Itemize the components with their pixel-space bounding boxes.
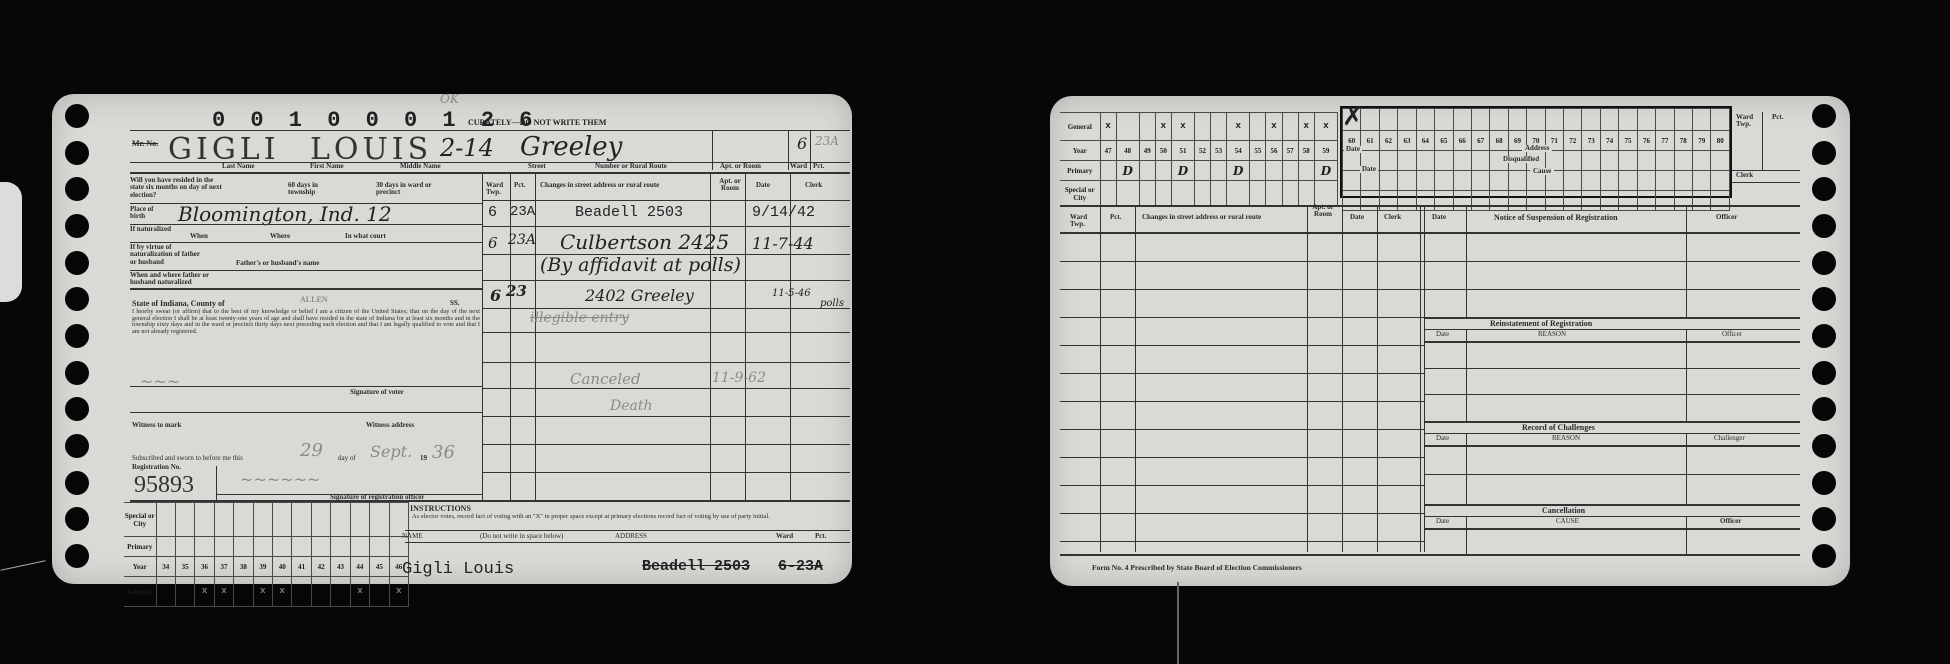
back-primary-mark — [1298, 161, 1314, 181]
back-year-cell: 47 — [1100, 141, 1116, 161]
change-row-4-pct: 23 — [506, 282, 527, 300]
back-primary-mark — [1282, 161, 1298, 181]
change-row-6-address: Canceled — [570, 370, 641, 388]
scan-artifact — [1177, 582, 1179, 664]
year-cell: 38 — [234, 557, 253, 577]
back-future-year: 75 — [1619, 131, 1637, 151]
year-cell: 37 — [214, 557, 233, 577]
reinstatement-header-officer: Officer — [1722, 331, 1742, 338]
scan-artifact — [0, 560, 45, 571]
back-year-cell: 57 — [1282, 141, 1298, 161]
year-cell: 35 — [175, 557, 194, 577]
back-primary-mark — [1100, 161, 1116, 181]
back-general-mark — [1282, 113, 1298, 141]
back-disqualified-label: Disqualified — [1500, 156, 1542, 163]
grid-label-primary: Primary — [124, 537, 156, 557]
back-general-mark — [1139, 113, 1155, 141]
instructions-no-write: (Do not write in space below) — [480, 533, 563, 540]
general-mark-cell — [234, 577, 253, 607]
witness-address-label: Witness address — [366, 422, 414, 429]
change-row-1-date: 9/14/42 — [752, 204, 815, 221]
punch-holes-right — [1812, 104, 1836, 568]
back-general-mark: X — [1155, 113, 1171, 141]
change-row-1-ward: 6 — [488, 204, 497, 221]
back-year-cell: 49 — [1139, 141, 1155, 161]
changes-header-clerk: Clerk — [805, 182, 822, 189]
back-general-mark — [1194, 113, 1210, 141]
challenges-header-reason: REASON — [1552, 435, 1580, 442]
back-primary-mark: D — [1314, 161, 1337, 181]
back-grid-label-year: Year — [1060, 141, 1100, 161]
general-mark-cell — [311, 577, 330, 607]
back-general-mark: X — [1314, 113, 1337, 141]
back-future-year: 67 — [1471, 131, 1489, 151]
year-cell: 43 — [331, 557, 350, 577]
footer-voter-address: Beadell 2503 — [642, 558, 750, 575]
back-year-cell: 56 — [1266, 141, 1282, 161]
back-year-cell: 50 — [1155, 141, 1171, 161]
street-value: Greeley — [520, 132, 622, 162]
challenges-header-challenger: Challenger — [1714, 435, 1745, 442]
general-mark-cell: X — [214, 577, 233, 607]
sworn-text: Subscribed and sworn to before me this — [132, 455, 243, 462]
back-address-label: Address — [1522, 145, 1552, 152]
ward-label: Ward — [790, 163, 807, 170]
changes-header-ward: Ward Twp. — [486, 182, 508, 197]
reinstatement-header-reason: REASON — [1538, 331, 1566, 338]
back-future-year: 79 — [1693, 131, 1711, 151]
residency-question-township: 60 days in township — [288, 182, 338, 197]
back-pct-label: Pct. — [1772, 114, 1783, 121]
back-grid-label-primary: Primary — [1060, 161, 1100, 181]
back-general-mark: X — [1100, 113, 1116, 141]
sworn-year: 36 — [432, 442, 455, 463]
challenges-title: Record of Challenges — [1522, 424, 1595, 432]
suspension-header-date: Date — [1432, 214, 1446, 221]
naturalized-court-label: In what court — [345, 233, 386, 240]
back-future-year: 74 — [1600, 131, 1618, 151]
naturalized-label: If naturalized — [130, 226, 171, 233]
back-changes-header-pct: Pct. — [1110, 214, 1121, 221]
suspension-header-notice: Notice of Suspension of Registration — [1494, 214, 1618, 222]
back-primary-mark: D — [1116, 161, 1139, 181]
back-grid-label-general: General — [1060, 113, 1100, 141]
reinstatement-title: Reinstatement of Registration — [1490, 320, 1592, 328]
back-clerk-label: Clerk — [1736, 172, 1753, 179]
change-row-5-address: illegible entry — [530, 310, 629, 326]
back-general-mark — [1116, 113, 1139, 141]
general-mark-cell — [370, 577, 389, 607]
back-year-cell: 53 — [1211, 141, 1227, 161]
year-cell: 34 — [156, 557, 175, 577]
back-changes-header-date: Date — [1350, 214, 1364, 221]
change-row-4-address: 2402 Greeley — [585, 286, 694, 305]
changes-header-apt: Apt. or Room — [717, 178, 743, 193]
change-row-1-address: Beadell 2503 — [575, 204, 683, 221]
back-year-cell: 58 — [1298, 141, 1314, 161]
punch-holes-left — [65, 104, 89, 568]
general-mark-cell: X — [195, 577, 214, 607]
year-prefix: 19 — [420, 455, 427, 462]
back-changes-header-ward: Ward Twp. — [1070, 214, 1092, 229]
back-general-mark: X — [1298, 113, 1314, 141]
grid-label-special: Special or City — [124, 503, 156, 537]
suspension-header-officer: Officer — [1716, 214, 1737, 221]
adjacent-card-edge — [0, 182, 22, 302]
birth-label: Place of birth — [130, 206, 160, 221]
back-primary-mark: D — [1171, 161, 1194, 181]
middle-name-label: Middle Name — [400, 163, 441, 170]
back-future-year: 72 — [1564, 131, 1582, 151]
back-future-year: 64 — [1416, 131, 1434, 151]
reinstatement-header-date: Date — [1436, 331, 1449, 338]
back-general-mark-60: ✗ — [1342, 104, 1364, 130]
back-primary-mark — [1194, 161, 1210, 181]
witness-label: Witness to mark — [132, 422, 181, 429]
year-cell: 44 — [350, 557, 369, 577]
year-cell: 40 — [273, 557, 292, 577]
street-number-value: 2-14 — [440, 134, 494, 162]
back-general-mark: X — [1227, 113, 1250, 141]
back-cause-label: Cause — [1530, 168, 1554, 175]
back-general-mark — [1211, 113, 1227, 141]
back-future-year: 76 — [1637, 131, 1655, 151]
change-row-6-date: 11-9-62 — [712, 370, 766, 386]
grid-label-general: General — [124, 577, 156, 607]
changes-header-date: Date — [756, 182, 770, 189]
year-cell: 36 — [195, 557, 214, 577]
general-mark-cell: X — [389, 577, 408, 607]
officer-signature: ~~~~~~ — [240, 470, 320, 489]
back-changes-header-apt: Apt. or Room — [1310, 204, 1336, 219]
year-cell: 41 — [292, 557, 311, 577]
back-primary-mark: D — [1227, 161, 1250, 181]
no-label: Mr. No. — [132, 140, 158, 148]
back-date-label: Date — [1344, 146, 1362, 153]
cancellation-header-officer: Officer — [1720, 518, 1741, 525]
year-cell: 42 — [311, 557, 330, 577]
cancellation-title: Cancellation — [1542, 507, 1585, 515]
residency-question-ward: 30 days in ward or precinct — [376, 182, 436, 197]
registration-number: 95893 — [134, 472, 194, 499]
change-row-2-pct: 23A — [508, 232, 536, 248]
oath-ss: SS. — [450, 300, 460, 307]
back-future-year: 68 — [1490, 131, 1508, 151]
number-route-label: Number or Rural Route — [595, 163, 667, 170]
oath-text: I hereby swear (or affirm) that to the b… — [132, 309, 480, 335]
general-mark-cell: X — [253, 577, 272, 607]
change-row-2-address: Culbertson 2425 — [560, 230, 729, 254]
general-mark-cell — [175, 577, 194, 607]
instructions-text: As elector votes, record fact of voting … — [412, 514, 822, 521]
back-future-year: 77 — [1656, 131, 1674, 151]
form-footer: Form No. 4 Prescribed by State Board of … — [1092, 564, 1302, 572]
sworn-day: 29 — [300, 440, 323, 461]
change-row-7-address: Death — [610, 398, 653, 414]
general-mark-cell — [331, 577, 350, 607]
back-primary-mark — [1266, 161, 1282, 181]
cancellation-header-cause: CAUSE — [1556, 518, 1579, 525]
instructions-pct-label: Pct. — [815, 533, 826, 540]
oath-county: ALLEN — [300, 296, 328, 304]
general-mark-cell: X — [350, 577, 369, 607]
back-future-year: 66 — [1453, 131, 1471, 151]
voting-grid-back-left: General X X X X X X X Year 47 48 49 50 5… — [1060, 112, 1338, 207]
back-future-year: 80 — [1711, 131, 1730, 151]
back-future-year: 63 — [1398, 131, 1416, 151]
instructions-name-label: NAME — [402, 533, 423, 540]
change-row-2-date: 11-7-44 — [752, 234, 814, 253]
father-naturalized-label: When and where father or husband natural… — [130, 272, 225, 287]
back-year-cell: 51 — [1171, 141, 1194, 161]
year-cell: 45 — [370, 557, 389, 577]
general-mark-cell — [292, 577, 311, 607]
father-name-label: Father's or husband's name — [236, 260, 319, 267]
back-future-year: 73 — [1582, 131, 1600, 151]
first-name-label: First Name — [310, 163, 344, 170]
general-mark-cell — [156, 577, 175, 607]
back-future-year: 78 — [1674, 131, 1692, 151]
back-grid-label-special: Special or City — [1060, 181, 1100, 207]
change-row-4-ward: 6 — [490, 286, 501, 305]
registration-no-label: Registration No. — [132, 464, 181, 471]
voting-grid-front: Special or City Primary Year 34 35 36 37… — [124, 502, 409, 607]
last-name-label: Last Name — [222, 163, 254, 170]
back-primary-mark — [1155, 161, 1171, 181]
back-year-cell: 52 — [1194, 141, 1210, 161]
naturalized-where-label: Where — [270, 233, 290, 240]
day-of-label: day of — [338, 455, 356, 462]
cancellation-header-date: Date — [1436, 518, 1449, 525]
back-year-cell: 54 — [1227, 141, 1250, 161]
pct-value: 23A — [815, 134, 839, 148]
header-notice: CURATELY—DO NOT WRITE THEM — [468, 118, 606, 127]
back-general-mark — [1250, 113, 1266, 141]
back-primary-mark — [1211, 161, 1227, 181]
changes-header-address: Changes in street address or rural route — [540, 182, 659, 189]
back-year-cell: 55 — [1250, 141, 1266, 161]
top-annotation: OK — [440, 92, 459, 106]
back-primary-mark — [1250, 161, 1266, 181]
residency-question-state: Will you have resided in the state six m… — [130, 177, 225, 199]
back-future-year: 65 — [1435, 131, 1453, 151]
back-year-cell: 48 — [1116, 141, 1139, 161]
back-future-year: 62 — [1379, 131, 1397, 151]
back-general-mark: X — [1171, 113, 1194, 141]
change-row-3-address: (By affidavit at polls) — [540, 254, 741, 276]
back-date-label-2: Date — [1360, 166, 1378, 173]
back-primary-mark — [1139, 161, 1155, 181]
instructions-ward-label: Ward — [776, 533, 793, 540]
ward-value: 6 — [797, 134, 807, 153]
grid-label-year: Year — [124, 557, 156, 577]
back-ward-label: Ward Twp. — [1736, 114, 1758, 129]
footer-voter-ward: 6-23A — [778, 558, 823, 575]
pct-label: Pct. — [813, 163, 824, 170]
naturalized-when-label: When — [190, 233, 208, 240]
back-changes-header-clerk: Clerk — [1384, 214, 1401, 221]
birth-value: Bloomington, Ind. 12 — [178, 202, 392, 226]
year-cell: 39 — [253, 557, 272, 577]
street-label: Street — [528, 163, 546, 170]
back-future-year: 61 — [1361, 131, 1379, 151]
instructions-address-label: ADDRESS — [615, 533, 647, 540]
back-year-cell: 59 — [1314, 141, 1337, 161]
sworn-month: Sept. — [370, 442, 412, 461]
voter-signature: ~~~ — [140, 372, 180, 391]
naturalization-virtue-label: If by virtue of naturalization of father… — [130, 244, 200, 266]
back-general-mark: X — [1266, 113, 1282, 141]
challenges-header-date: Date — [1436, 435, 1449, 442]
change-row-4-date: 11-5-46 — [772, 288, 811, 299]
general-mark-cell: X — [273, 577, 292, 607]
voter-signature-label: Signature of voter — [350, 389, 404, 396]
change-row-1-pct: 23A — [510, 204, 535, 220]
changes-header-pct: Pct. — [514, 182, 525, 189]
back-changes-header-address: Changes in street address or rural route — [1142, 214, 1261, 221]
change-row-2-ward: 6 — [488, 234, 498, 252]
footer-voter-name: Gigli Louis — [402, 560, 514, 579]
apt-label: Apt. or Room — [720, 163, 761, 170]
